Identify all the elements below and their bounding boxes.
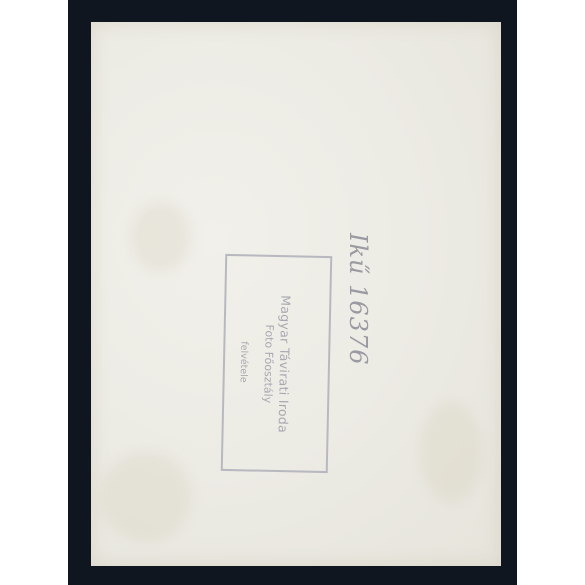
mti-stamp: Magyar Távirati Iroda Foto Főosztály fel… — [221, 254, 333, 473]
pencil-inscription: Ikű 16376 — [344, 233, 372, 365]
stamp-subtitle: Foto Főosztály — [259, 258, 276, 468]
stamp-text: Magyar Távirati Iroda Foto Főosztály — [259, 258, 293, 469]
stamp-title: Magyar Távirati Iroda — [274, 259, 293, 469]
paper-stain — [421, 402, 481, 502]
paper-stain — [131, 202, 191, 272]
paper-stain — [101, 452, 191, 542]
stamp-note: felvétele — [238, 341, 250, 383]
